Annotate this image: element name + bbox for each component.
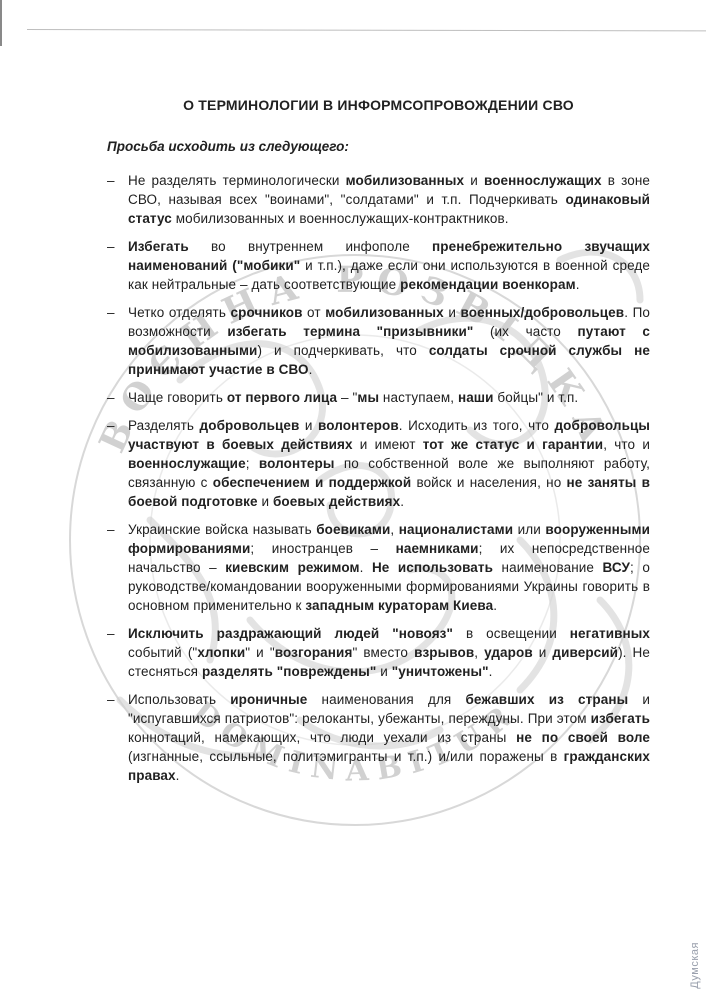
scanned-document-page: ВОЄННА РОЗВІДКА DOMINABITUR О ТЕРМИНОЛОГ… — [0, 0, 706, 999]
bullet-dash: – — [107, 520, 115, 539]
bullet-dash: – — [107, 171, 115, 190]
scan-artifact-edge — [0, 0, 2, 46]
intro-line: Просьба исходить из следующего: — [107, 138, 650, 156]
bullet-item: –Разделять добровольцев и волонтеров. Ис… — [107, 416, 650, 511]
bullet-dash: – — [107, 237, 115, 256]
bullet-item: –Не разделять терминологически мобилизов… — [107, 171, 650, 228]
bullet-dash: – — [107, 388, 115, 407]
bullet-item: –Четко отделять срочников от мобилизован… — [107, 303, 650, 379]
scan-artifact-line — [27, 29, 706, 31]
document-content: О ТЕРМИНОЛОГИИ В ИНФОРМСОПРОВОЖДЕНИИ СВО… — [107, 97, 650, 794]
bullet-item: –Исключить раздражающий людей "новояз" в… — [107, 624, 650, 681]
bullet-dash: – — [107, 690, 115, 709]
bullet-item: –Украинские войска называть боевиками, н… — [107, 520, 650, 615]
bullet-item: –Использовать ироничные наименования для… — [107, 690, 650, 785]
bullet-item: –Избегать во внутреннем инфополе пренебр… — [107, 237, 650, 294]
bullet-item: –Чаще говорить от первого лица – "мы нас… — [107, 388, 650, 407]
bullet-dash: – — [107, 303, 115, 322]
page-title: О ТЕРМИНОЛОГИИ В ИНФОРМСОПРОВОЖДЕНИИ СВО — [107, 97, 650, 113]
directives-list: –Не разделять терминологически мобилизов… — [107, 171, 650, 785]
bullet-dash: – — [107, 624, 115, 643]
source-label: Думская — [689, 942, 701, 989]
bullet-dash: – — [107, 416, 115, 435]
